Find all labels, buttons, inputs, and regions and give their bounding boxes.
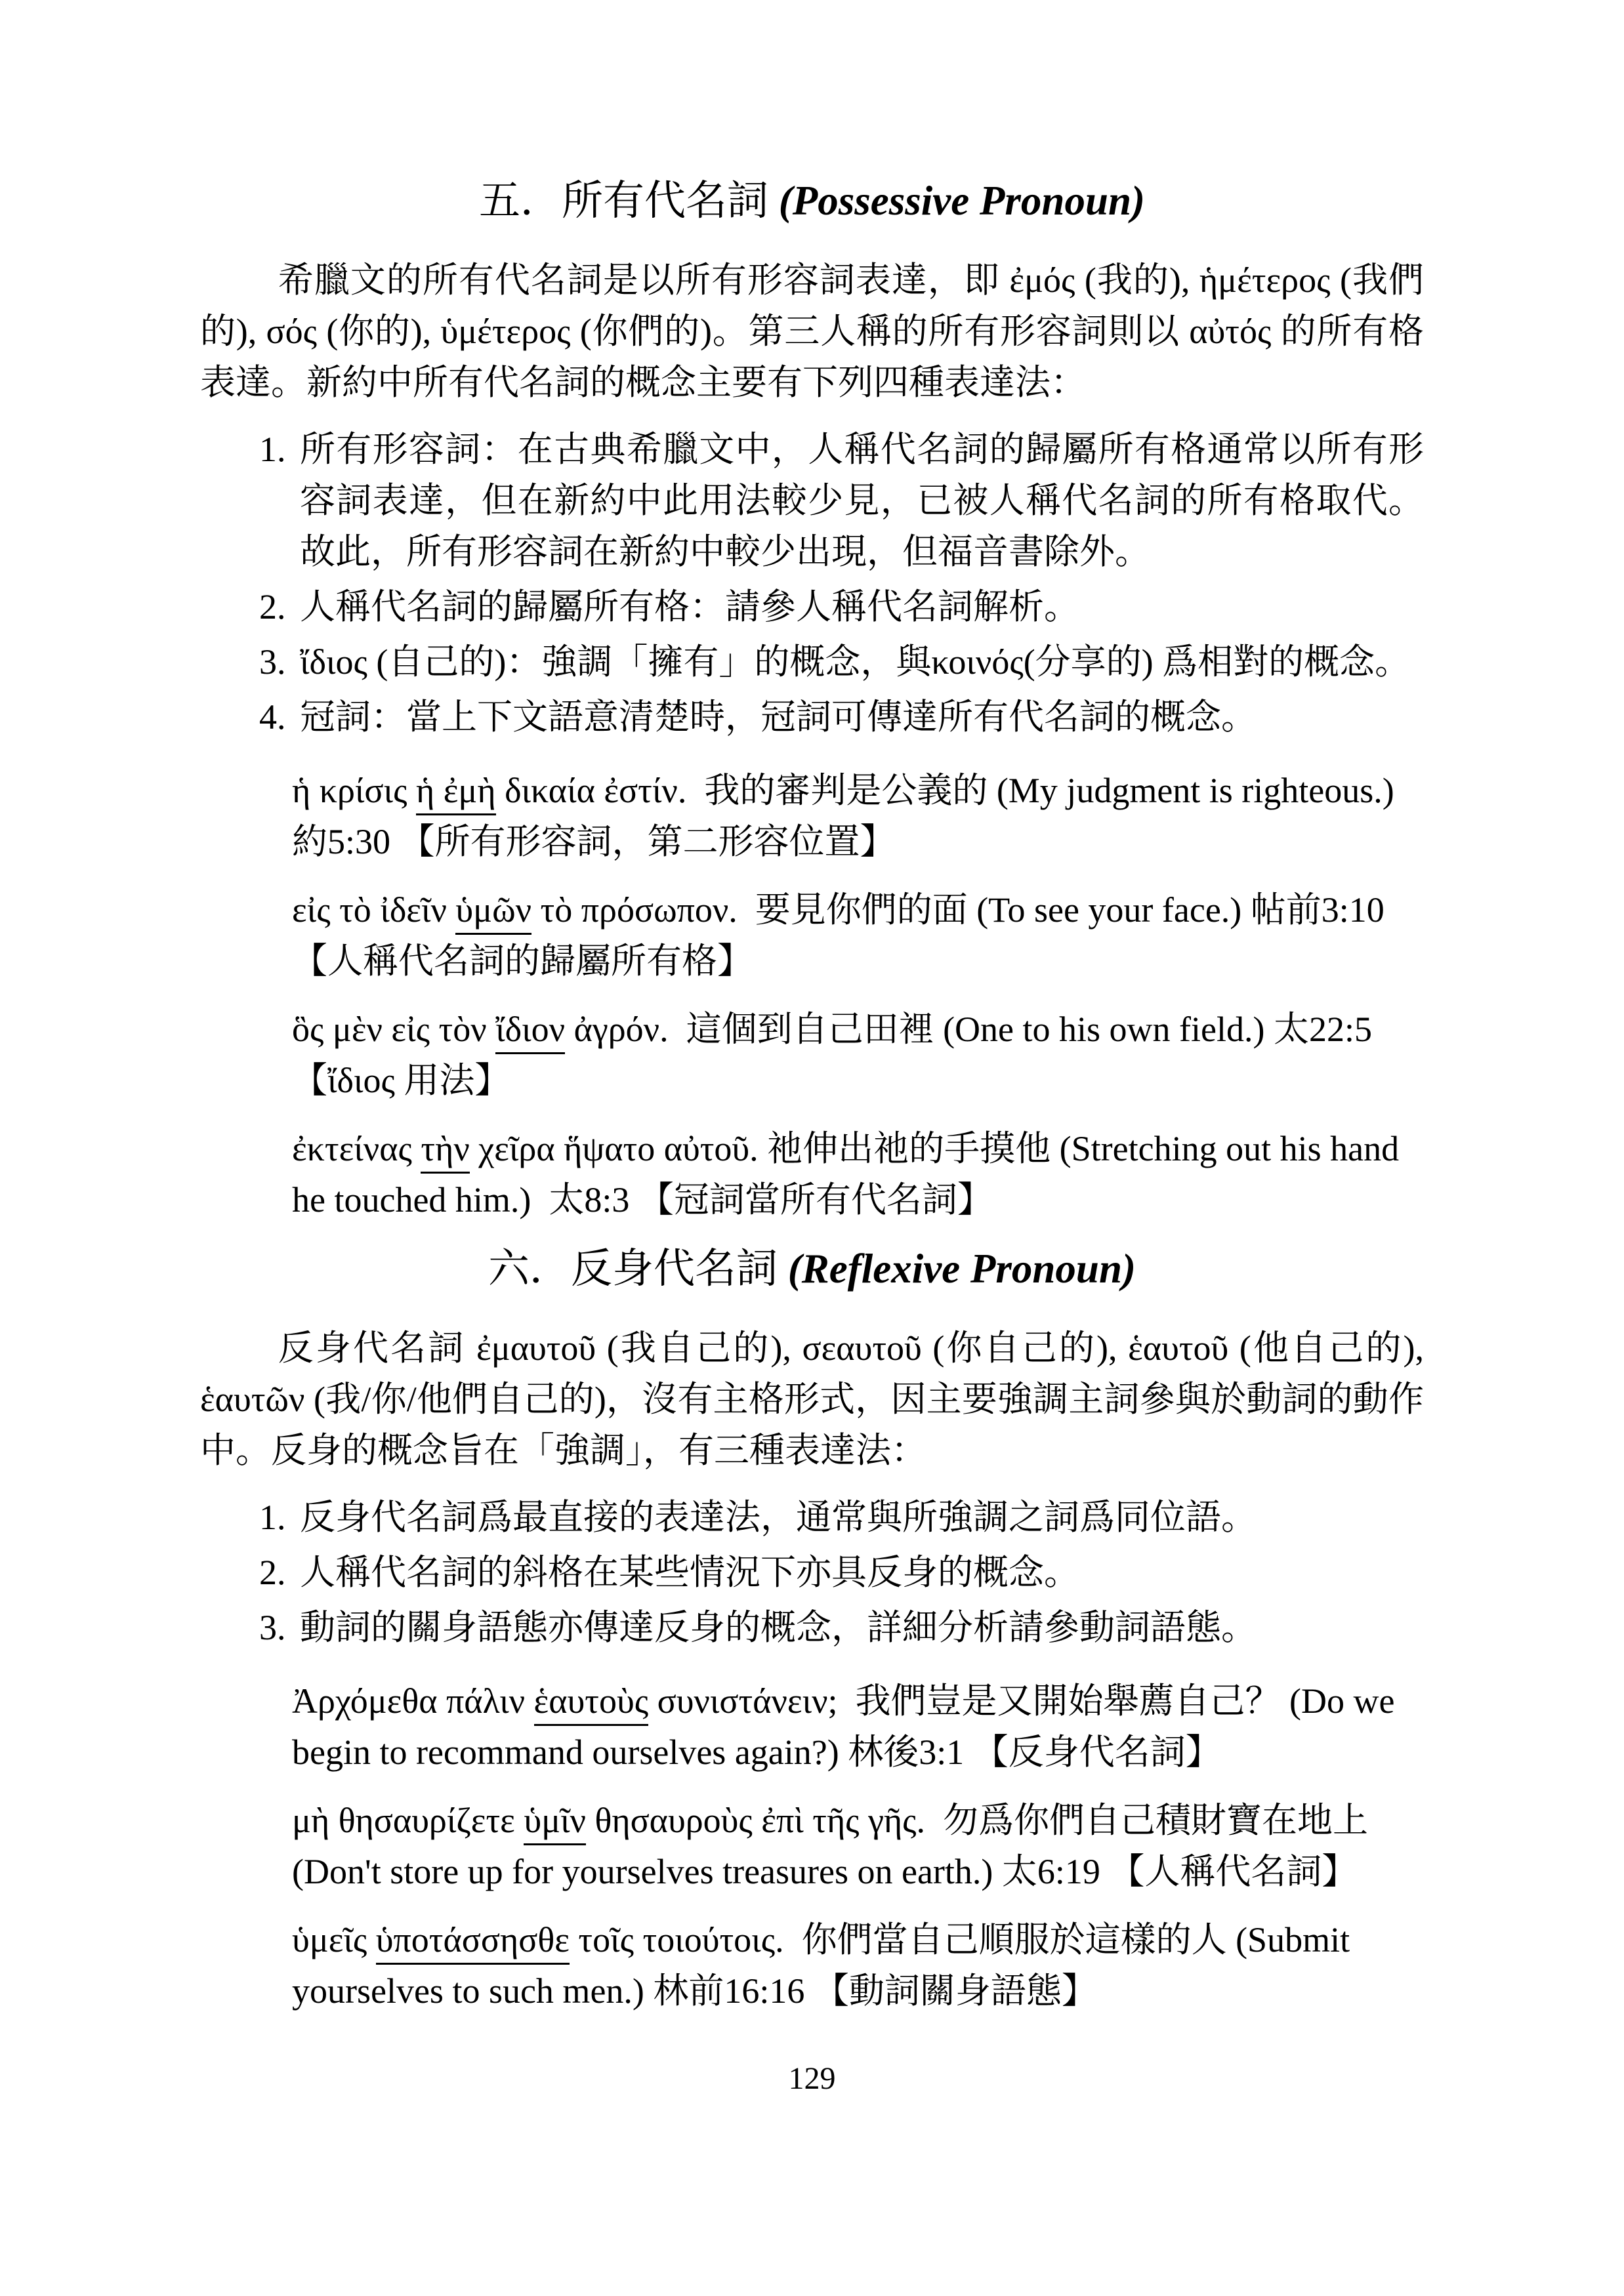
list-item-number: 1.: [259, 424, 300, 577]
section-title: 五．所有代名詞 (Possessive Pronoun): [200, 177, 1424, 224]
intro-paragraph: 希臘文的所有代名詞是以所有形容詞表達，即 ἐμός (我的), ἡμέτερος…: [200, 255, 1424, 408]
page-number: 129: [200, 2056, 1424, 2102]
example-paragraph: εἰς τὸ ἰδεῖν ὑμῶν τὸ πρόσωπον. 要見你們的面 (T…: [292, 884, 1424, 987]
list-item: 1. 反身代名詞爲最直接的表達法，通常與所強調之詞爲同位語。: [200, 1492, 1424, 1543]
list-item-text: 冠詞：當上下文語意清楚時，冠詞可傳達所有代名詞的概念。: [300, 691, 1424, 743]
example-paragraph: ὑμεῖς ὑποτάσσησθε τοῖς τοιούτοις. 你們當自己順…: [292, 1914, 1424, 2017]
example-paragraph: ἐκτείνας τὴν χεῖρα ἥψατο αὐτοῦ. 祂伸出祂的手摸他…: [292, 1123, 1424, 1225]
underlined-greek-word: ἡ ἐμὴ: [416, 771, 496, 815]
example-group: ἡ κρίσις ἡ ἐμὴ δικαία ἐστίν. 我的審判是公義的 (M…: [200, 765, 1424, 1225]
underlined-greek-word: ἑαυτοὺς: [534, 1681, 649, 1726]
section-reflexive-pronoun: 六．反身代名詞 (Reflexive Pronoun) 反身代名詞 ἐμαυτο…: [200, 1245, 1424, 2017]
greek-text: ἡ κρίσις: [292, 771, 416, 810]
section-title: 六．反身代名詞 (Reflexive Pronoun): [200, 1245, 1424, 1292]
greek-text: Ἀρχόμεθα πάλιν: [292, 1681, 534, 1721]
example-paragraph: ὃς μὲν εἰς τὸν ἴδιον ἀγρόν. 這個到自己田裡 (One…: [292, 1004, 1424, 1106]
section-title-zh: 六．反身代名詞: [488, 1246, 788, 1292]
document-page: 五．所有代名詞 (Possessive Pronoun) 希臘文的所有代名詞是以…: [0, 0, 1624, 2296]
section-title-zh: 五．所有代名詞: [479, 178, 779, 224]
list-item-number: 2.: [259, 1547, 300, 1598]
greek-text: μὴ θησαυρίζετε: [292, 1801, 524, 1840]
example-paragraph: μὴ θησαυρίζετε ὑμῖν θησαυροὺς ἐπὶ τῆς γῆ…: [292, 1795, 1424, 1897]
list-item-text: 反身代名詞爲最直接的表達法，通常與所強調之詞爲同位語。: [300, 1492, 1424, 1543]
list-item-text: 人稱代名詞的歸屬所有格：請參人稱代名詞解析。: [300, 581, 1424, 632]
list-item-number: 3.: [259, 1602, 300, 1653]
list-item-text: 所有形容詞：在古典希臘文中，人稱代名詞的歸屬所有格通常以所有形容詞表達，但在新約…: [300, 424, 1424, 577]
underlined-greek-word: ὑμῶν: [455, 890, 531, 935]
greek-text: εἰς τὸ ἰδεῖν: [292, 890, 455, 930]
section-possessive-pronoun: 五．所有代名詞 (Possessive Pronoun) 希臘文的所有代名詞是以…: [200, 177, 1424, 1225]
list-item: 3. 動詞的關身語態亦傳達反身的概念，詳細分析請參動詞語態。: [200, 1602, 1424, 1653]
list-item-text: 動詞的關身語態亦傳達反身的概念，詳細分析請參動詞語態。: [300, 1602, 1424, 1653]
example-paragraph: ἡ κρίσις ἡ ἐμὴ δικαία ἐστίν. 我的審判是公義的 (M…: [292, 765, 1424, 867]
list-item-number: 4.: [259, 691, 300, 743]
underlined-greek-word: ὑποτάσσησθε: [376, 1920, 570, 1965]
list-item: 2. 人稱代名詞的斜格在某些情況下亦具反身的概念。: [200, 1547, 1424, 1598]
list-item-number: 1.: [259, 1492, 300, 1543]
list-item: 3. ἴδιος (自己的)：強調「擁有」的概念，與κοινός(分享的) 爲相…: [200, 636, 1424, 687]
list-item-number: 2.: [259, 581, 300, 632]
section-title-en: (Reflexive Pronoun): [788, 1246, 1136, 1292]
example-group: Ἀρχόμεθα πάλιν ἑαυτοὺς συνιστάνειν; 我們豈是…: [200, 1675, 1424, 2017]
section-title-en: (Possessive Pronoun): [779, 178, 1145, 224]
intro-paragraph: 反身代名詞 ἐμαυτοῦ (我自己的), σεαυτοῦ (你自己的), ἑα…: [200, 1322, 1424, 1476]
greek-text: ἐκτείνας: [292, 1129, 421, 1168]
underlined-greek-word: ἴδιον: [495, 1010, 565, 1054]
numbered-list: 1. 所有形容詞：在古典希臘文中，人稱代名詞的歸屬所有格通常以所有形容詞表達，但…: [200, 424, 1424, 743]
underlined-greek-word: ὑμῖν: [524, 1801, 586, 1845]
list-item-number: 3.: [259, 636, 300, 687]
list-item-text: ἴδιος (自己的)：強調「擁有」的概念，與κοινός(分享的) 爲相對的概…: [300, 636, 1424, 687]
list-item: 1. 所有形容詞：在古典希臘文中，人稱代名詞的歸屬所有格通常以所有形容詞表達，但…: [200, 424, 1424, 577]
example-paragraph: Ἀρχόμεθα πάλιν ἑαυτοὺς συνιστάνειν; 我們豈是…: [292, 1675, 1424, 1778]
underlined-greek-word: τὴν: [421, 1129, 469, 1174]
greek-text: ὃς μὲν εἰς τὸν: [292, 1010, 495, 1049]
list-item-text: 人稱代名詞的斜格在某些情況下亦具反身的概念。: [300, 1547, 1424, 1598]
list-item: 4. 冠詞：當上下文語意清楚時，冠詞可傳達所有代名詞的概念。: [200, 691, 1424, 743]
list-item: 2. 人稱代名詞的歸屬所有格：請參人稱代名詞解析。: [200, 581, 1424, 632]
greek-text: ὑμεῖς: [292, 1920, 376, 1959]
numbered-list: 1. 反身代名詞爲最直接的表達法，通常與所強調之詞爲同位語。 2. 人稱代名詞的…: [200, 1492, 1424, 1653]
